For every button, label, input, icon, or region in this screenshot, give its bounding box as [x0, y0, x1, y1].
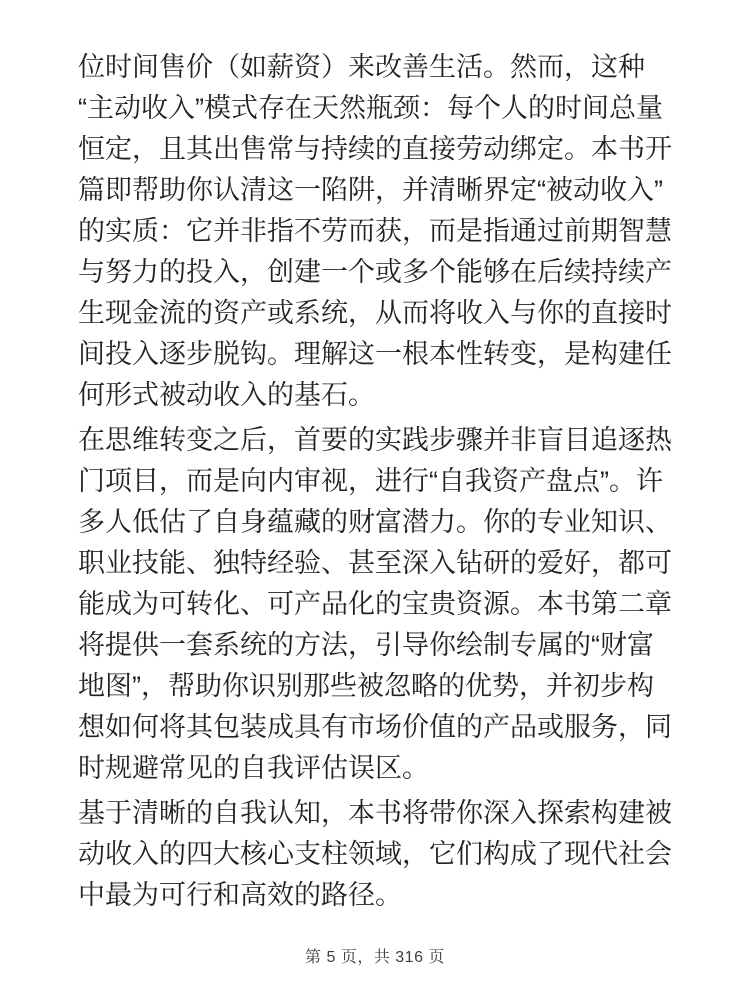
paragraph: 在思维转变之后，首要的实践步骤并非盲目追逐热门项目，而是向内审视，进行“自我资产… [78, 420, 672, 789]
document-page: 位时间售价（如薪资）来改善生活。然而，这种“主动收入”模式存在天然瓶颈：每个人的… [0, 0, 750, 1000]
page-indicator: 第 5 页，共 316 页 [305, 949, 445, 966]
paragraph: 位时间售价（如薪资）来改善生活。然而，这种“主动收入”模式存在天然瓶颈：每个人的… [78, 47, 672, 416]
page-footer: 第 5 页，共 316 页 [0, 944, 750, 967]
paragraph: 基于清晰的自我认知，本书将带你深入探索构建被动收入的四大核心支柱领域，它们构成了… [78, 793, 672, 916]
page-content: 位时间售价（如薪资）来改善生活。然而，这种“主动收入”模式存在天然瓶颈：每个人的… [78, 47, 672, 920]
